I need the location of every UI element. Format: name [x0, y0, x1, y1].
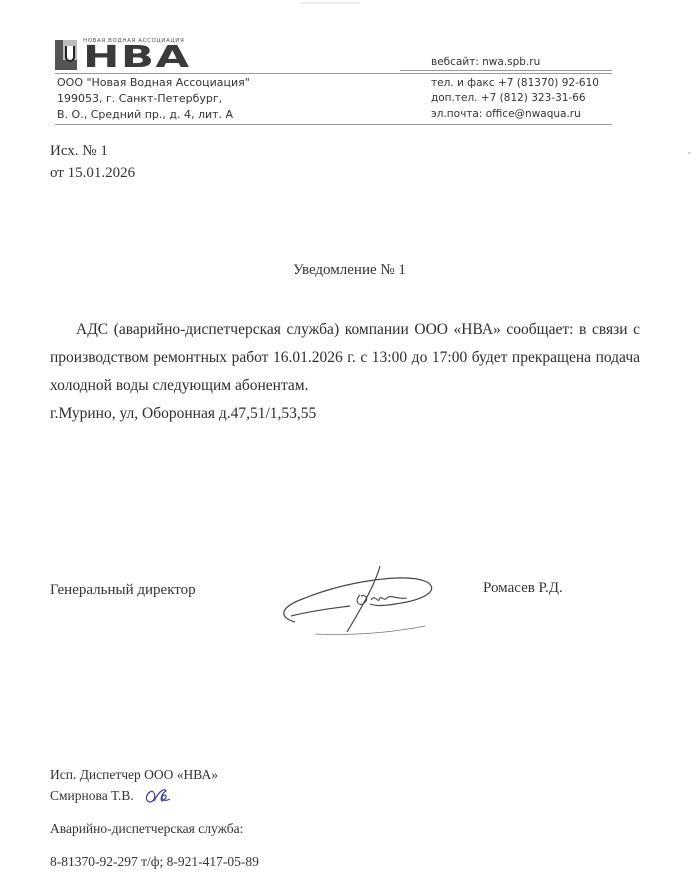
executor-initials-icon	[142, 785, 172, 807]
executor-title: Исп. Диспетчер ООО «НВА»	[50, 765, 259, 785]
reference-date: от 15.01.2026	[50, 162, 135, 184]
address-line-1: 199053, г. Санкт-Петербург,	[57, 91, 250, 107]
footer-block: Исп. Диспетчер ООО «НВА» Смирнова Т.В. А…	[50, 765, 259, 872]
divider-header-bottom	[55, 124, 612, 125]
address-line-2: В. О., Средний пр., д. 4, лит. А	[57, 107, 250, 123]
signatory-role: Генеральный директор	[50, 582, 196, 599]
director-signature-icon	[275, 560, 445, 640]
emergency-service-label: Аварийно-диспетчерская служба:	[50, 819, 259, 839]
company-address-block: ООО "Новая Водная Ассоциация" 199053, г.…	[57, 75, 250, 123]
logo-emblem-icon	[55, 40, 77, 70]
company-logo: Новая Водная Ассоциация НВА	[55, 38, 205, 72]
company-contacts-block: вебсайт: nwa.spb.ru тел. и факс +7 (8137…	[431, 55, 599, 122]
logo-wordmark: НВА	[83, 43, 191, 73]
email: эл.почта: office@nwaqua.ru	[431, 107, 599, 123]
scan-speck	[300, 2, 360, 4]
outgoing-reference: Исх. № 1 от 15.01.2026	[50, 140, 135, 184]
reference-number: Исх. № 1	[50, 140, 135, 162]
executor-name: Смирнова Т.В.	[50, 786, 134, 806]
scan-speck	[688, 152, 691, 154]
extra-phone: доп.тел. +7 (812) 323-31-66	[431, 91, 599, 107]
affected-address: г.Мурино, ул, Оборонная д.47,51/1,53,55	[50, 400, 640, 428]
notice-body: АДС (аварийно-диспетчерская служба) комп…	[50, 316, 640, 428]
signatory-name: Ромасев Р.Д.	[483, 580, 563, 597]
notice-paragraph: АДС (аварийно-диспетчерская служба) комп…	[50, 316, 640, 400]
emergency-service-phones: 8-81370-92-297 т/ф; 8-921-417-05-89	[50, 852, 259, 872]
company-name: ООО "Новая Водная Ассоциация"	[57, 75, 250, 91]
phone-fax: тел. и факс +7 (81370) 92-610	[431, 76, 599, 92]
notice-title: Уведомление № 1	[0, 262, 699, 279]
website: вебсайт: nwa.spb.ru	[431, 55, 599, 71]
